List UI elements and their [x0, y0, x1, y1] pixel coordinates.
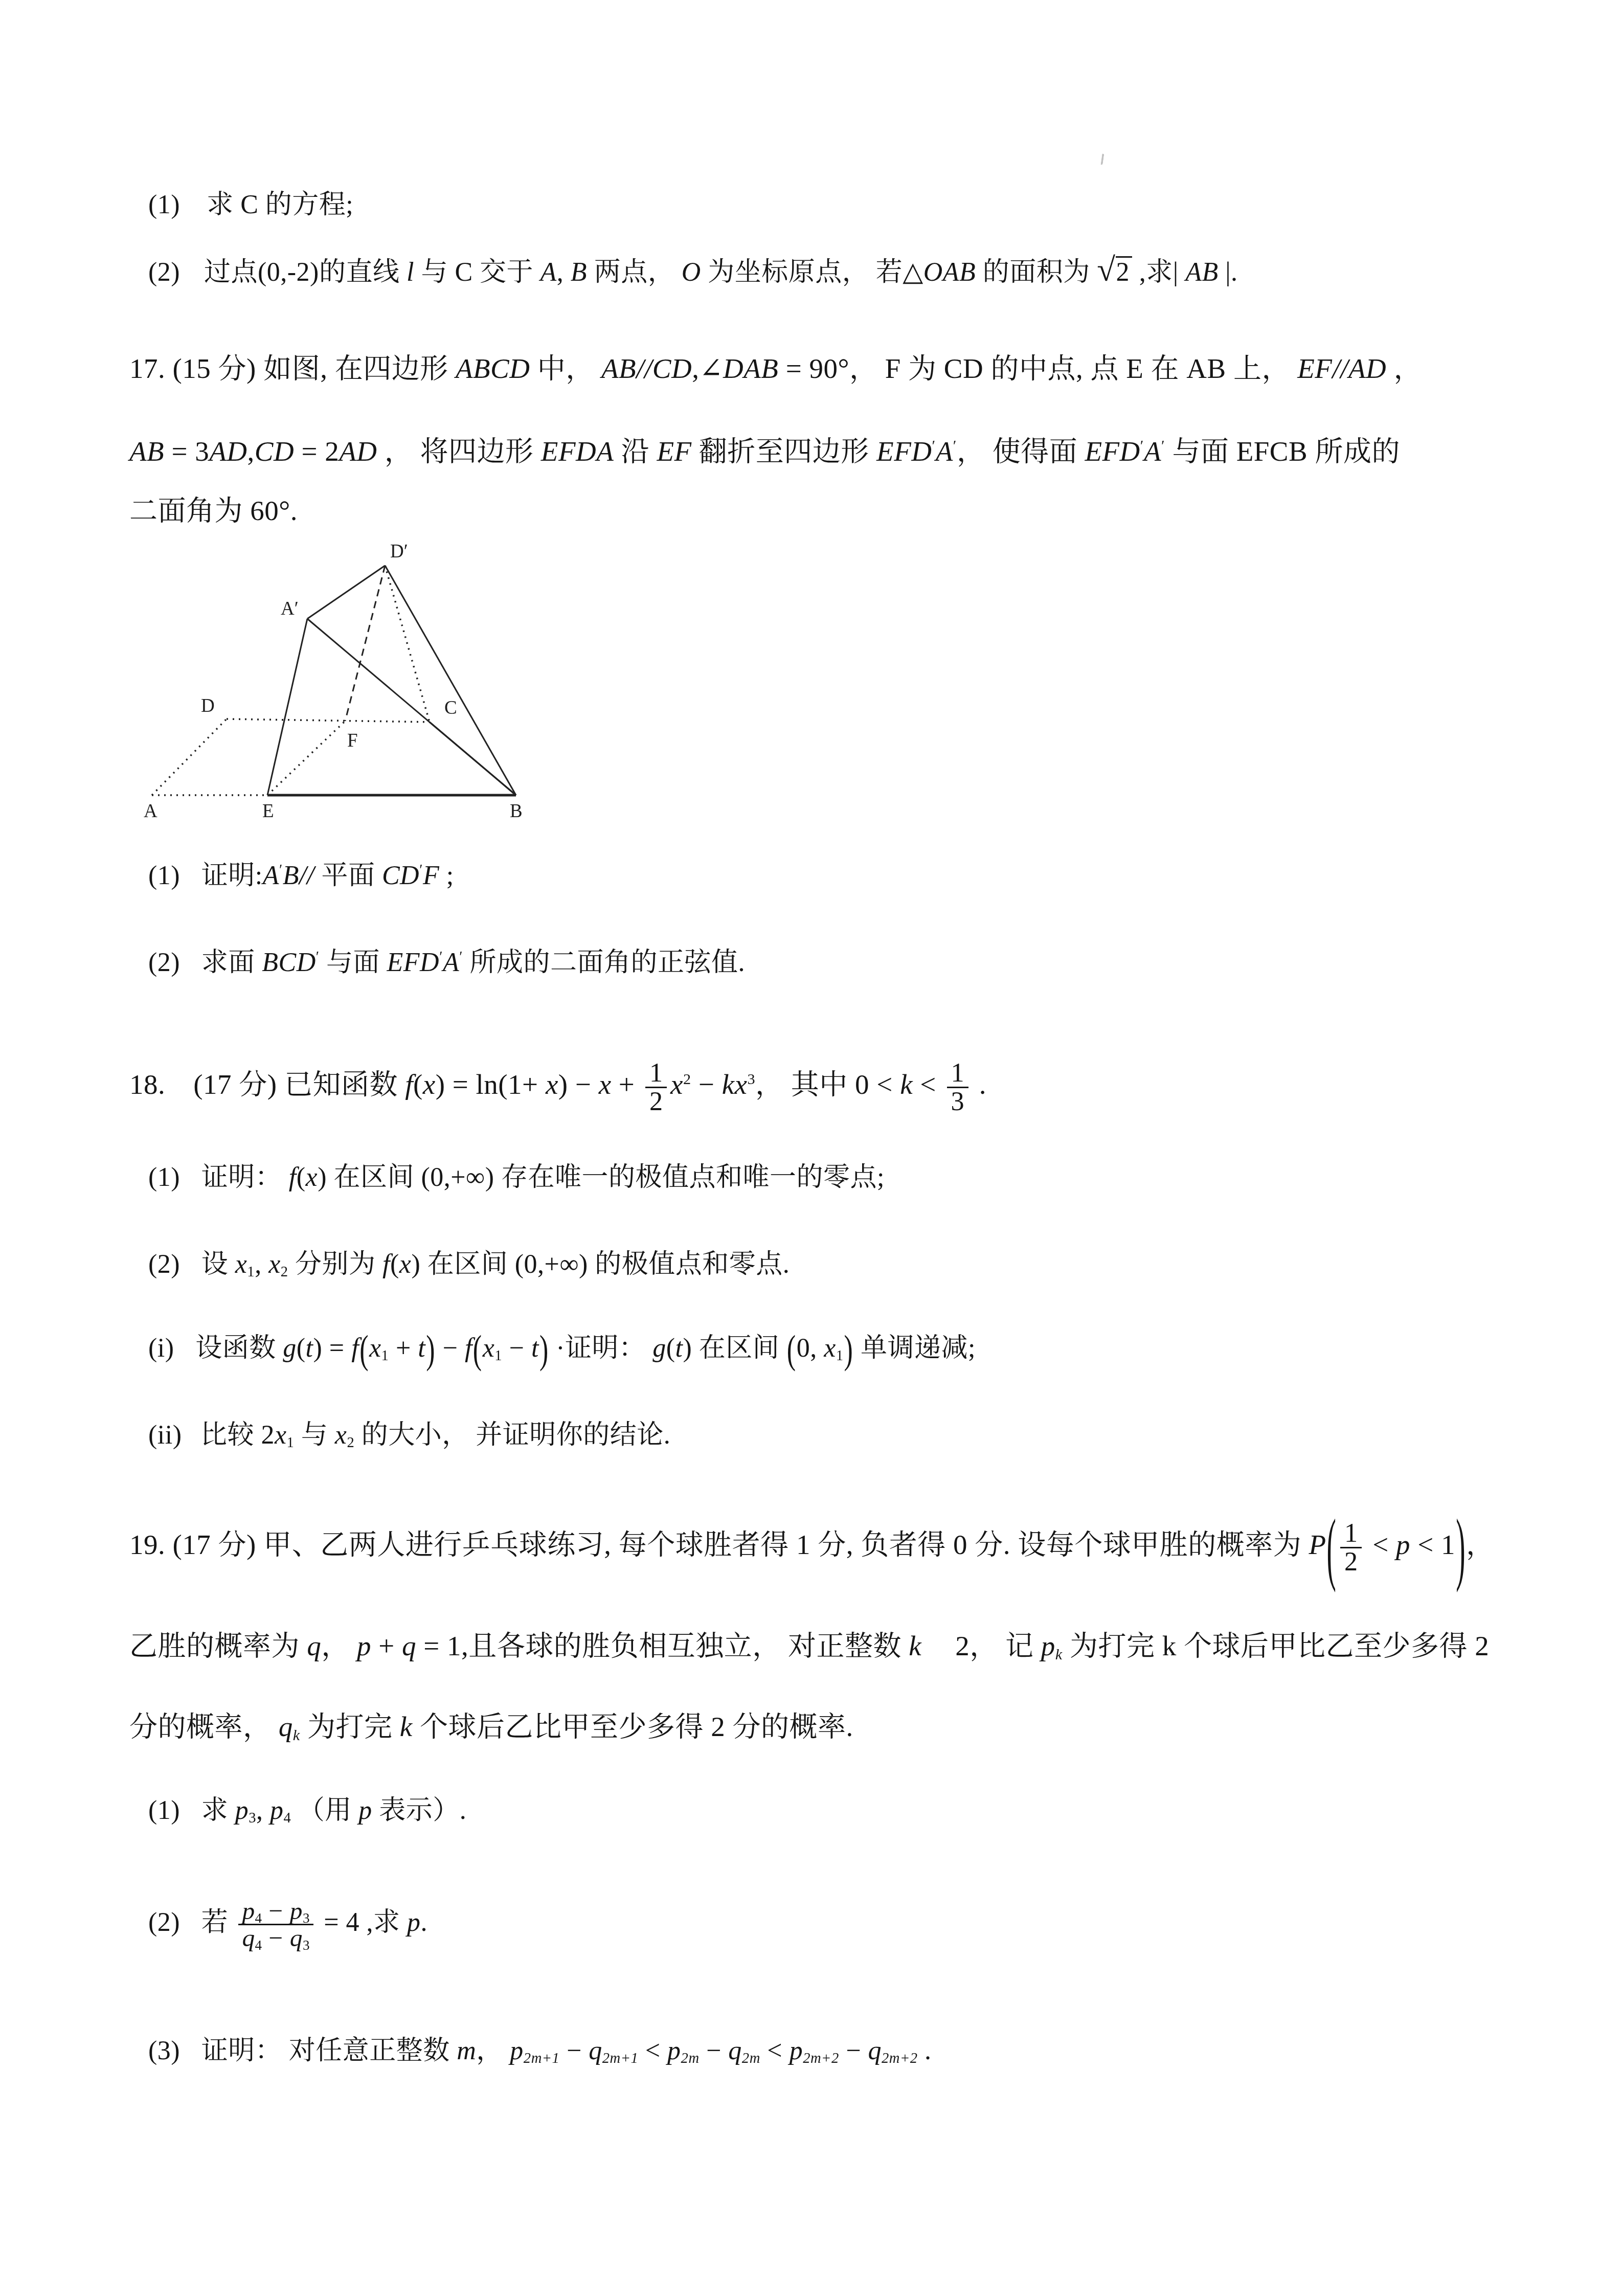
subscript: 2m: [742, 2051, 760, 2066]
math-italic-run: p: [357, 1630, 371, 1661]
math-italic-run: OAB: [923, 258, 976, 287]
math-italic-run: x: [268, 1250, 281, 1279]
math-run: <: [760, 2036, 790, 2065]
math-italic-run: O: [682, 258, 701, 287]
subscript: 3: [303, 1938, 310, 1953]
math-run: ,: [256, 1796, 270, 1825]
math-italic-run: p: [270, 1796, 284, 1825]
math-italic-run: x: [335, 1421, 347, 1450]
text-run: ， 其中: [755, 1069, 855, 1100]
math-run: 0 <: [855, 1069, 900, 1100]
math-italic-run: k: [400, 1711, 413, 1742]
radical: √2: [1097, 255, 1132, 290]
subscript: k: [293, 1726, 300, 1744]
text-run: 证明:: [201, 861, 263, 890]
text-run: ;: [439, 861, 454, 890]
radical-sign: √: [1097, 252, 1115, 288]
math-run: ): [411, 1250, 420, 1279]
subscript: 2m+2: [882, 2051, 918, 2066]
math-italic-run: q: [290, 1924, 303, 1952]
figure-vertex-label-A: A: [144, 801, 157, 820]
figure-vertex-label-B: B: [510, 801, 523, 820]
text-run: 翻折至四边形: [692, 436, 877, 467]
math-run: −: [700, 2036, 729, 2065]
math-italic-run: EFD: [387, 948, 440, 977]
text-run: 在区间: [327, 1163, 421, 1192]
math-italic-run: q: [242, 1924, 255, 1952]
figure-edge-C-B: [430, 722, 516, 795]
denominator: 2: [645, 1088, 667, 1115]
math-run: (: [666, 1334, 675, 1363]
text-run: (1): [148, 190, 180, 219]
superscript: ′: [279, 862, 283, 878]
math-italic-run: l: [407, 258, 414, 287]
subscript: 1: [287, 1435, 295, 1451]
math-italic-run: A: [936, 436, 953, 467]
math-run: ,: [1132, 258, 1146, 287]
math-run: (0,+∞): [515, 1250, 588, 1279]
math-run: +: [389, 1334, 418, 1363]
text-run: ， 记: [970, 1630, 1041, 1661]
math-italic-run: x: [423, 1069, 436, 1100]
math-italic-run: f: [289, 1163, 297, 1192]
text-run: 交于: [473, 258, 540, 287]
text-run: （用: [291, 1796, 358, 1825]
math-run: ): [318, 1163, 327, 1192]
text-run: 求|: [1146, 258, 1185, 287]
math-italic-run: CD: [382, 861, 419, 890]
subscript: 1: [247, 1264, 255, 1280]
text-run: 与面 EFCB 所成的: [1165, 436, 1400, 467]
text-run: 两点，: [587, 258, 682, 287]
math-italic-run: f: [465, 1334, 472, 1363]
text-run: ， F 为 CD 的中点, 点 E 在 AB 上，: [849, 353, 1297, 384]
math-italic-run: AB: [1185, 258, 1219, 287]
fraction: 12: [1340, 1520, 1362, 1576]
text-run: ,求: [359, 1908, 407, 1937]
math-run: +: [612, 1069, 642, 1100]
text-run: ， 将四边形: [377, 436, 541, 467]
math-italic-run: EFDA: [541, 436, 614, 467]
subscript: 1: [494, 1348, 502, 1364]
subscript: 3: [303, 1910, 310, 1926]
text-run: 证明：: [201, 1163, 289, 1192]
text-run: .: [918, 2036, 932, 2065]
math-run: 2: [955, 1630, 970, 1661]
math-italic-run: EF//AD: [1297, 353, 1386, 384]
math-italic-run: p: [235, 1796, 249, 1825]
math-italic-run: f: [405, 1069, 413, 1100]
math-run: |.: [1219, 258, 1238, 287]
text-run: (1): [148, 1796, 180, 1825]
math-run: (: [297, 1163, 306, 1192]
math-run: ,: [247, 436, 255, 467]
math-italic-run: F: [423, 861, 439, 890]
big-right-paren: ): [539, 1331, 549, 1370]
text-run: ，: [1466, 1529, 1495, 1560]
math-run: ): [683, 1334, 692, 1363]
math-run: C: [240, 190, 258, 219]
superscript: ′: [932, 437, 936, 454]
math-italic-run: A: [443, 948, 459, 977]
math-italic-run: x: [546, 1069, 558, 1100]
text-run: 乙胜的概率为: [129, 1630, 307, 1661]
math-italic-run: k: [909, 1630, 921, 1661]
math-italic-run: p: [290, 1897, 303, 1925]
text-run: 的大小， 并证明你的结论.: [354, 1421, 670, 1450]
math-run: (: [413, 1069, 423, 1100]
text-run: 为打完: [300, 1711, 400, 1742]
math-run: ) =: [313, 1334, 351, 1363]
math-run: <: [638, 2036, 667, 2065]
superscript: 2: [683, 1070, 691, 1088]
big-right-paren: ): [425, 1331, 436, 1370]
figure-vertex-label-E: E: [262, 801, 274, 820]
q19-part3-line: (3)证明： 对任意正整数 m， p2m+1 − q2m+1 < p2m − q…: [148, 2033, 932, 2069]
math-italic-run: t: [418, 1334, 425, 1363]
text-run: 在区间: [420, 1250, 515, 1279]
math-run: <: [913, 1069, 943, 1100]
text-run: 的面积为: [976, 258, 1097, 287]
math-italic-run: CD: [255, 436, 294, 467]
text-run: 表示）.: [372, 1796, 467, 1825]
numerator: 1: [645, 1060, 667, 1088]
text-run: 分的概率，: [129, 1711, 279, 1742]
math-italic-run: q: [868, 2036, 882, 2065]
math-run: ·: [549, 1334, 565, 1363]
text-run: 求面: [201, 948, 262, 977]
text-run: 个球后乙比甲至少多得 2 分的概率.: [413, 1711, 853, 1742]
fraction: p4 − p3q4 − q3: [238, 1898, 313, 1951]
math-italic-run: p: [242, 1897, 255, 1925]
text-run: 二面角为 60°.: [129, 495, 298, 526]
math-italic-run: AB//CD: [601, 353, 692, 384]
q19-part2-line: (2)若 p4 − p3q4 − q3 = 4 ,求 p.: [148, 1898, 427, 1951]
subscript: k: [1055, 1646, 1063, 1663]
fraction: 12: [645, 1060, 667, 1116]
subscript: 1: [381, 1348, 389, 1364]
text-run: 设函数: [195, 1334, 283, 1363]
math-italic-run: AB: [129, 436, 164, 467]
superscript: ′: [316, 949, 320, 965]
math-italic-run: //: [299, 861, 314, 890]
radicand: 2: [1116, 256, 1133, 287]
text-run: 中，: [530, 353, 602, 384]
denominator: 2: [1340, 1548, 1362, 1575]
math-run: −: [262, 1897, 290, 1925]
math-italic-run: p: [510, 2036, 524, 2065]
text-run: 19. (17 分) 甲、乙两人进行乒乓球练习, 每个球胜者得 1 分, 负者得…: [129, 1529, 1309, 1560]
math-italic-run: P: [1309, 1529, 1326, 1560]
text-run: 比较: [200, 1421, 261, 1450]
math-run: C: [455, 258, 472, 287]
math-italic-run: x: [670, 1069, 683, 1100]
figure-vertex-label-Ap: A′: [281, 598, 299, 619]
text-run: ，: [321, 1630, 357, 1661]
math-run: −: [436, 1334, 465, 1363]
math-italic-run: t: [531, 1334, 539, 1363]
math-italic-run: EFD: [876, 436, 932, 467]
superscript: ′: [439, 949, 443, 965]
figure-edge-Dp-B: [385, 566, 516, 795]
subscript: 3: [249, 1810, 256, 1826]
math-italic-run: x: [399, 1250, 412, 1279]
math-italic-run: BCD: [262, 948, 316, 977]
q17-stem-line-1: 17. (15 分) 如图, 在四边形 ABCD 中， AB//CD,∠DAB …: [129, 350, 1422, 388]
math-italic-run: x: [306, 1163, 318, 1192]
numerator: p4 − p3: [238, 1898, 313, 1925]
q16-part2-line: (2)过点(0,-2)的直线 l 与 C 交于 A, B 两点， O 为坐标原点…: [148, 255, 1238, 290]
text-run: 求: [207, 190, 240, 219]
math-run: −: [502, 1334, 531, 1363]
superscript: ′: [953, 437, 957, 454]
math-italic-run: AD: [339, 436, 377, 467]
stray-scan-artifact-mark: [1098, 153, 1104, 165]
document-page: { "page": {"background": "#ffffff", "ink…: [0, 0, 1623, 2296]
math-italic-run: q: [589, 2036, 602, 2065]
math-italic-run: k: [900, 1069, 913, 1100]
text-run: 18.: [129, 1069, 165, 1100]
subscript: 2m+1: [602, 2051, 639, 2066]
math-italic-run: x: [369, 1334, 381, 1363]
math-italic-run: g: [652, 1334, 666, 1363]
figure-edge-E-F: [267, 721, 345, 795]
text-run: (2): [148, 948, 180, 977]
math-italic-run: p: [667, 2036, 681, 2065]
text-run: 过点: [204, 258, 258, 287]
math-italic-run: x: [275, 1421, 287, 1450]
text-run: 的方程;: [258, 190, 353, 219]
text-run: 17. (15 分) 如图, 在四边形: [129, 353, 456, 384]
text-run: (3): [148, 2036, 180, 2065]
text-run: (2): [148, 258, 180, 287]
math-italic-run: q: [307, 1630, 321, 1661]
subscript: 4: [255, 1910, 262, 1926]
text-run: 与面: [320, 948, 387, 977]
text-run: 的极值点和零点.: [588, 1250, 790, 1279]
text-run: ，: [476, 2036, 510, 2065]
text-run: 沿: [614, 436, 657, 467]
math-run: = 2: [294, 436, 339, 467]
subscript: 2: [347, 1435, 354, 1451]
math-run: −: [559, 2036, 589, 2065]
figure-edge-A-D: [152, 719, 227, 795]
math-run: ) −: [558, 1069, 599, 1100]
superscript: 3: [747, 1070, 755, 1088]
big-left-paren: (: [786, 1331, 797, 1370]
text-run: 为坐标原点， 若: [701, 258, 903, 287]
text-run: 与: [414, 258, 455, 287]
q17-part2-line: (2)求面 BCD′ 与面 EFD′A′ 所成的二面角的正弦值.: [148, 945, 745, 981]
q17-stem-line-3: 二面角为 60°.: [129, 492, 298, 530]
text-run: 存在唯一的极值点和唯一的零点;: [494, 1163, 885, 1192]
q19-stem-line-1: 19. (17 分) 甲、乙两人进行乒乓球练习, 每个球胜者得 1 分, 负者得…: [129, 1520, 1495, 1576]
text-run: ,且各球的胜负相互独立， 对正整数: [461, 1630, 909, 1661]
math-italic-run: x: [824, 1334, 836, 1363]
big-right-paren: ): [1455, 1507, 1466, 1589]
math-italic-run: A: [540, 258, 557, 287]
math-italic-run: p: [407, 1908, 421, 1937]
math-italic-run: DAB: [723, 353, 778, 384]
q19-part1-line: (1)求 p3, p4 （用 p 表示）.: [148, 1793, 466, 1829]
figure-vertex-label-D: D: [201, 695, 215, 716]
figure-vertex-label-C: C: [444, 697, 457, 718]
text-run: ，: [1386, 353, 1422, 384]
q19-stem-line-2: 乙胜的概率为 q， p + q = 1,且各球的胜负相互独立， 对正整数 k2，…: [129, 1627, 1489, 1665]
math-run: −: [262, 1924, 290, 1952]
math-run: ,: [557, 258, 571, 287]
math-italic-run: x: [483, 1334, 495, 1363]
math-run: 2: [261, 1421, 275, 1450]
subscript: 2m+1: [524, 2051, 560, 2066]
math-run: < 1: [1410, 1529, 1455, 1560]
math-run: 0,: [797, 1334, 824, 1363]
math-italic-run: p: [1396, 1529, 1410, 1560]
denominator: 3: [947, 1088, 968, 1115]
q18-part2-i-line: (i)设函数 g(t) = f(x1 + t) − f(x1 − t) ·证明：…: [148, 1331, 976, 1366]
numerator: 1: [947, 1060, 968, 1088]
math-italic-run: EFD: [1085, 436, 1140, 467]
math-run: −: [839, 2036, 868, 2065]
figure-edge-Dp-C: [385, 566, 430, 722]
superscript: ′: [459, 949, 463, 965]
math-run: <: [1365, 1529, 1396, 1560]
math-run: = 3: [164, 436, 209, 467]
math-italic-run: g: [283, 1334, 297, 1363]
denominator: q4 − q3: [238, 1925, 313, 1951]
math-italic-run: x: [599, 1069, 612, 1100]
math-italic-run: m: [457, 2036, 476, 2065]
math-italic-run: B: [571, 258, 587, 287]
text-run: .: [972, 1069, 987, 1100]
math-run: (0,-2): [258, 258, 319, 287]
math-italic-run: q: [279, 1711, 293, 1742]
math-run: +: [371, 1630, 402, 1661]
text-run: (1): [148, 1163, 180, 1192]
text-run: 所成的二面角的正弦值.: [463, 948, 745, 977]
text-run: 证明： 对任意正整数: [201, 2036, 457, 2065]
q16-part1-line: (1)求 C 的方程;: [148, 187, 353, 223]
subscript: 2m: [681, 2051, 700, 2066]
q19-stem-line-3: 分的概率， qk 为打完 k 个球后乙比甲至少多得 2 分的概率.: [129, 1708, 853, 1746]
text-run: 求: [201, 1796, 235, 1825]
q18-part1-line: (1)证明： f(x) 在区间 (0,+∞) 存在唯一的极值点和唯一的零点;: [148, 1160, 885, 1196]
math-italic-run: f: [351, 1334, 359, 1363]
text-run: 为打完 k 个球后甲比乙至少多得 2: [1063, 1630, 1490, 1661]
text-run: (17 分) 已知函数: [193, 1069, 405, 1100]
math-run: = 90°: [778, 353, 849, 384]
math-run: .: [421, 1908, 428, 1937]
figure-vertex-label-Dp: D′: [390, 541, 408, 562]
math-italic-run: q: [402, 1630, 416, 1661]
text-run: 证明：: [565, 1334, 652, 1363]
math-italic-run: B: [283, 861, 299, 890]
math-italic-run: EF: [657, 436, 691, 467]
big-left-paren: (: [472, 1331, 483, 1370]
text-run: ， 使得面: [957, 436, 1085, 467]
math-run: −: [691, 1069, 722, 1100]
math-italic-run: p: [790, 2036, 803, 2065]
big-right-paren: ): [844, 1331, 854, 1370]
subscript: 1: [836, 1348, 844, 1364]
math-run: = 4: [317, 1908, 359, 1937]
subscript: 2m+2: [803, 2051, 839, 2066]
math-italic-run: kx: [722, 1069, 748, 1100]
big-left-paren: (: [359, 1331, 369, 1370]
geometry-figure: D′A′DCFAEB: [119, 541, 584, 820]
subscript: 4: [255, 1938, 262, 1953]
figure-edge-D-C: [227, 719, 430, 722]
text-run: 与: [294, 1421, 335, 1450]
math-run: (: [390, 1250, 399, 1279]
text-run: 平面: [314, 861, 382, 890]
math-italic-run: AD: [209, 436, 247, 467]
math-italic-run: q: [728, 2036, 742, 2065]
math-italic-run: p: [1041, 1630, 1055, 1661]
math-italic-run: x: [235, 1250, 247, 1279]
figure-edge-E-Ap: [267, 619, 307, 795]
math-run: ,: [255, 1250, 268, 1279]
text-run: (ii): [148, 1421, 182, 1450]
figure-vertex-label-F: F: [347, 730, 358, 751]
math-italic-run: t: [675, 1334, 683, 1363]
text-run: (2): [148, 1908, 180, 1937]
superscript: ′: [419, 862, 423, 878]
math-run: ) = ln(1+: [436, 1069, 546, 1100]
text-run: (1): [148, 861, 180, 890]
math-italic-run: t: [306, 1334, 313, 1363]
math-italic-run: A: [1144, 436, 1161, 467]
math-run: (: [297, 1334, 306, 1363]
math-run: ,∠: [692, 353, 723, 384]
big-left-paren: (: [1326, 1507, 1337, 1589]
numerator: 1: [1340, 1520, 1362, 1548]
text-run: 的直线: [319, 258, 407, 287]
text-run: 单调递减;: [853, 1334, 975, 1363]
q18-part2-ii-line: (ii)比较 2x1 与 x2 的大小， 并证明你的结论.: [148, 1417, 670, 1453]
math-run: △: [903, 258, 923, 287]
q17-stem-line-2: AB = 3AD,CD = 2AD ， 将四边形 EFDA 沿 EF 翻折至四边…: [129, 433, 1400, 470]
math-italic-run: p: [358, 1796, 372, 1825]
text-run: (2): [148, 1250, 180, 1279]
text-run: 分别为: [288, 1250, 383, 1279]
math-italic-run: f: [382, 1250, 390, 1279]
math-italic-run: A: [263, 861, 279, 890]
text-run: (i): [148, 1334, 174, 1363]
math-run: (0,+∞): [421, 1163, 494, 1192]
subscript: 2: [281, 1264, 288, 1280]
text-run: 若: [201, 1908, 235, 1937]
q18-part2-line: (2)设 x1, x2 分别为 f(x) 在区间 (0,+∞) 的极值点和零点.: [148, 1247, 790, 1282]
superscript: ′: [1140, 437, 1144, 454]
math-italic-run: ABCD: [456, 353, 530, 384]
fraction: 13: [947, 1060, 968, 1116]
text-run: 在区间: [692, 1334, 786, 1363]
math-run: = 1: [416, 1630, 461, 1661]
figure-edge-Ap-Dp: [307, 566, 385, 619]
subscript: 4: [284, 1810, 291, 1826]
q17-part1-line: (1)证明:A′B// 平面 CD′F ;: [148, 858, 454, 894]
text-run: 设: [201, 1250, 235, 1279]
q18-stem-line: 18.(17 分) 已知函数 f(x) = ln(1+ x) − x + 12x…: [129, 1060, 986, 1116]
